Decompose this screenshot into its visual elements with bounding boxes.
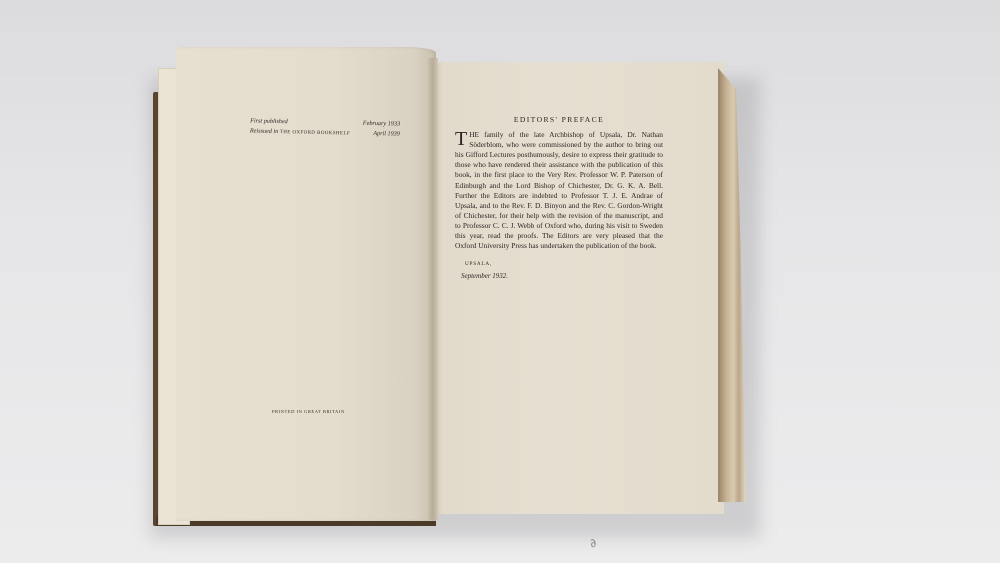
series-name: THE OXFORD BOOKSHELF: [280, 130, 350, 136]
preface-text: HE family of the late Archbishop of Upsa…: [455, 130, 663, 250]
preface-body: THE family of the late Archbishop of Ups…: [455, 130, 663, 251]
drop-cap: T: [455, 131, 467, 148]
printed-in-notice: PRINTED IN GREAT BRITAIN: [272, 409, 345, 414]
reissued-label: Reissued in: [250, 127, 278, 135]
imprint-block: First published February 1933 Reissued i…: [250, 116, 400, 140]
first-published-date: February 1933: [363, 119, 400, 130]
book-gutter: [428, 58, 438, 520]
preface-heading: EDITORS' PREFACE: [455, 115, 663, 125]
editors-preface: EDITORS' PREFACE THE family of the late …: [455, 115, 663, 281]
reissued-date: April 1939: [373, 129, 400, 141]
signature-date: September 1932.: [461, 271, 663, 281]
signature-place: UPSALA,: [465, 259, 663, 269]
